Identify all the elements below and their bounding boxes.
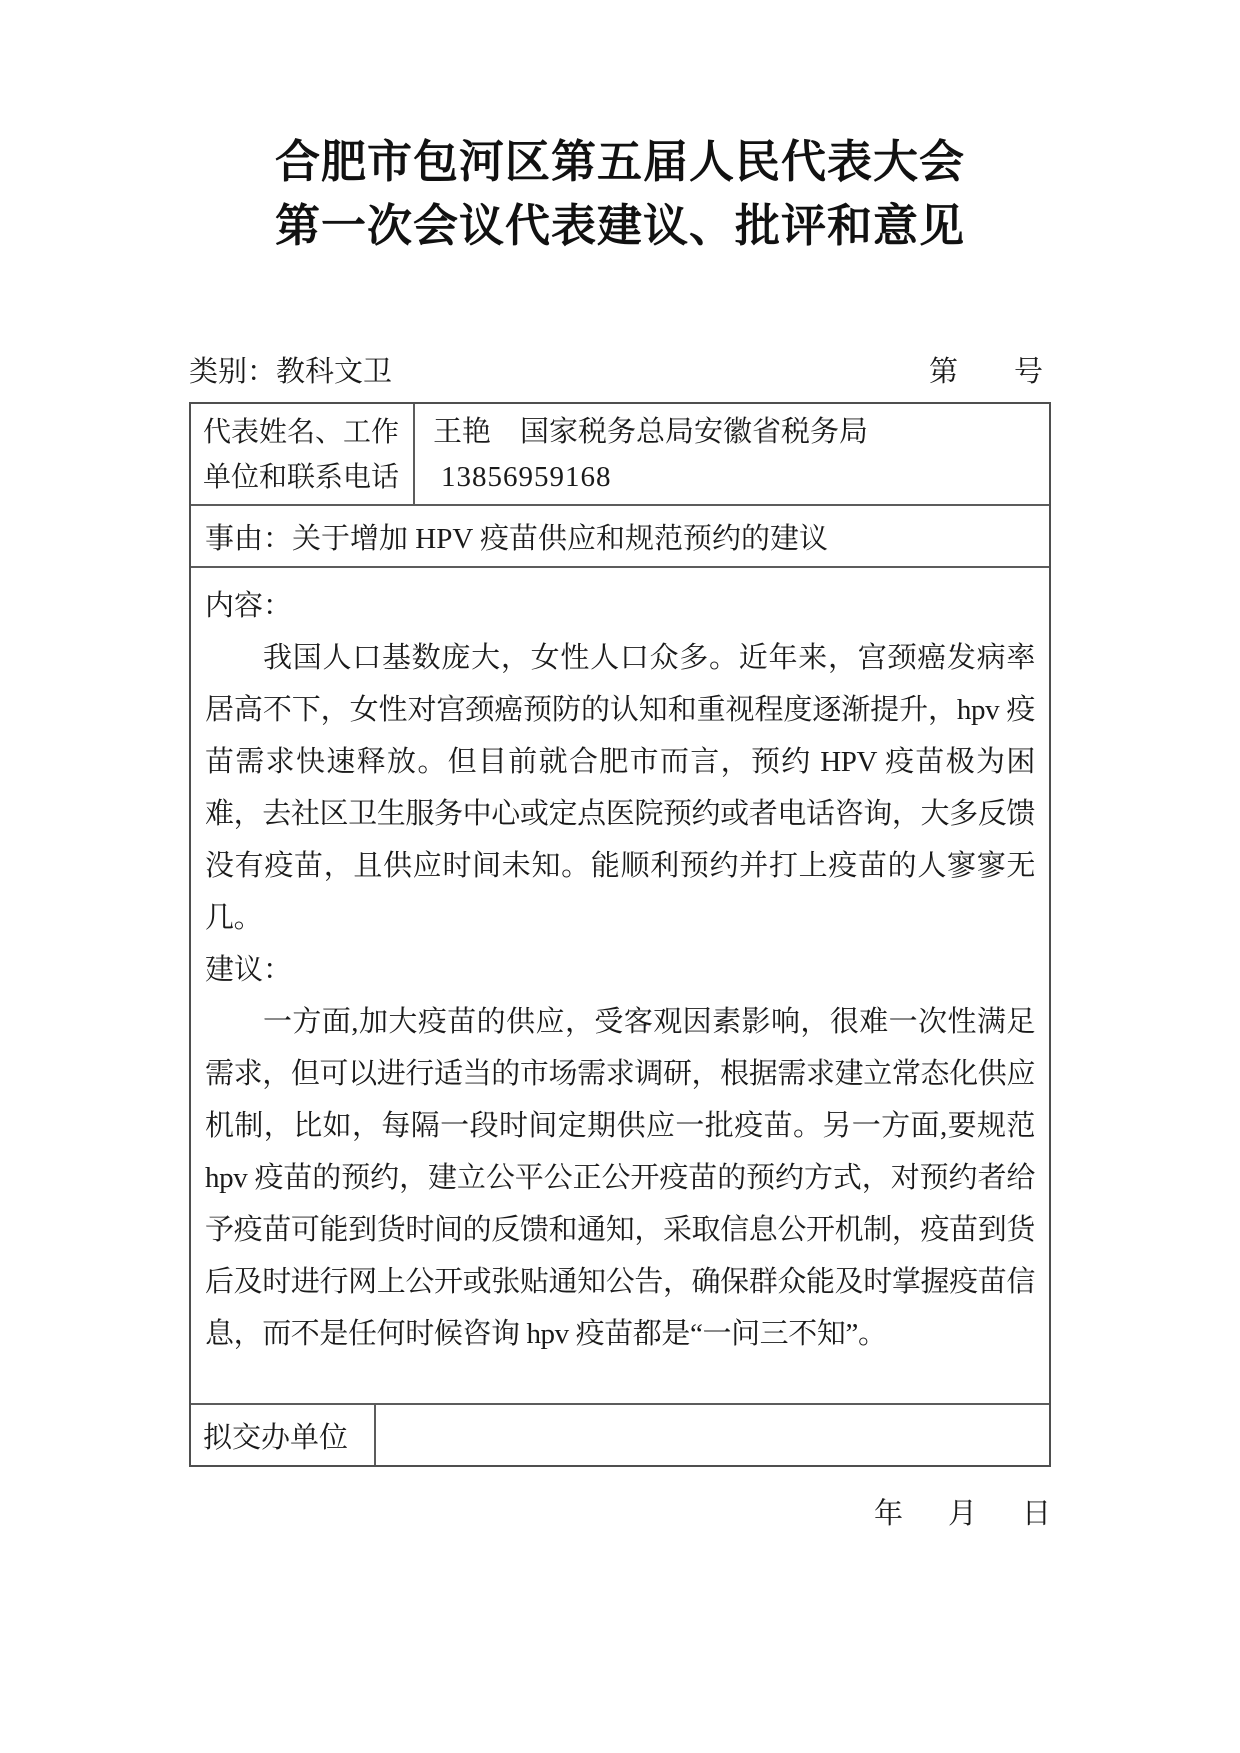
representative-value-cell: 王艳 国家税务总局安徽省税务局 13856959168 — [415, 404, 1049, 504]
date-day-label: 日 — [1022, 1491, 1051, 1532]
serial-number-suffix: 号 — [1014, 354, 1043, 390]
representative-header-line2: 单位和联系电话 — [203, 455, 413, 500]
representative-name-org: 王艳 国家税务总局安徽省税务局 — [433, 410, 1049, 455]
assign-unit-value-cell — [376, 1405, 1049, 1465]
date-line: 年 月 日 — [189, 1491, 1051, 1532]
content-row: 内容： 我国人口基数庞大，女性人口众多。近年来，宫颈癌发病率居高不下，女性对宫颈… — [191, 568, 1049, 1405]
document-title-line2: 第一次会议代表建议、批评和意见 — [0, 194, 1240, 258]
date-year-label: 年 — [874, 1491, 903, 1532]
date-month-label: 月 — [948, 1491, 977, 1532]
document-title: 合肥市包河区第五届人民代表大会 第一次会议代表建议、批评和意见 — [0, 130, 1240, 258]
document-page: 合肥市包河区第五届人民代表大会 第一次会议代表建议、批评和意见 类别：教科文卫 … — [0, 0, 1240, 1753]
serial-number-prefix: 第 — [929, 354, 958, 390]
category-label: 类别：教科文卫 — [189, 354, 392, 390]
meta-line: 类别：教科文卫 第 号 — [189, 354, 1051, 390]
document-title-line1: 合肥市包河区第五届人民代表大会 — [0, 130, 1240, 194]
suggestion-label: 建议： — [205, 944, 1035, 996]
suggestion-form-table: 代表姓名、工作 单位和联系电话 王艳 国家税务总局安徽省税务局 13856959… — [189, 402, 1051, 1467]
representative-header-line1: 代表姓名、工作 — [203, 410, 413, 455]
assign-unit-label-cell: 拟交办单位 — [191, 1405, 376, 1465]
subject-row: 事由：关于增加 HPV 疫苗供应和规范预约的建议 — [191, 506, 1049, 568]
representative-phone: 13856959168 — [433, 455, 1049, 500]
representative-header-cell: 代表姓名、工作 单位和联系电话 — [191, 404, 415, 504]
suggestion-paragraph: 一方面,加大疫苗的供应，受客观因素影响，很难一次性满足需求，但可以进行适当的市场… — [205, 996, 1035, 1360]
subject-text: 事由：关于增加 HPV 疫苗供应和规范预约的建议 — [205, 516, 828, 557]
representative-row: 代表姓名、工作 单位和联系电话 王艳 国家税务总局安徽省税务局 13856959… — [191, 404, 1049, 506]
content-paragraph: 我国人口基数庞大，女性人口众多。近年来，宫颈癌发病率居高不下，女性对宫颈癌预防的… — [205, 632, 1035, 944]
content-label: 内容： — [205, 580, 1035, 632]
serial-number: 第 号 — [929, 354, 1051, 390]
assign-unit-row: 拟交办单位 — [191, 1405, 1049, 1465]
